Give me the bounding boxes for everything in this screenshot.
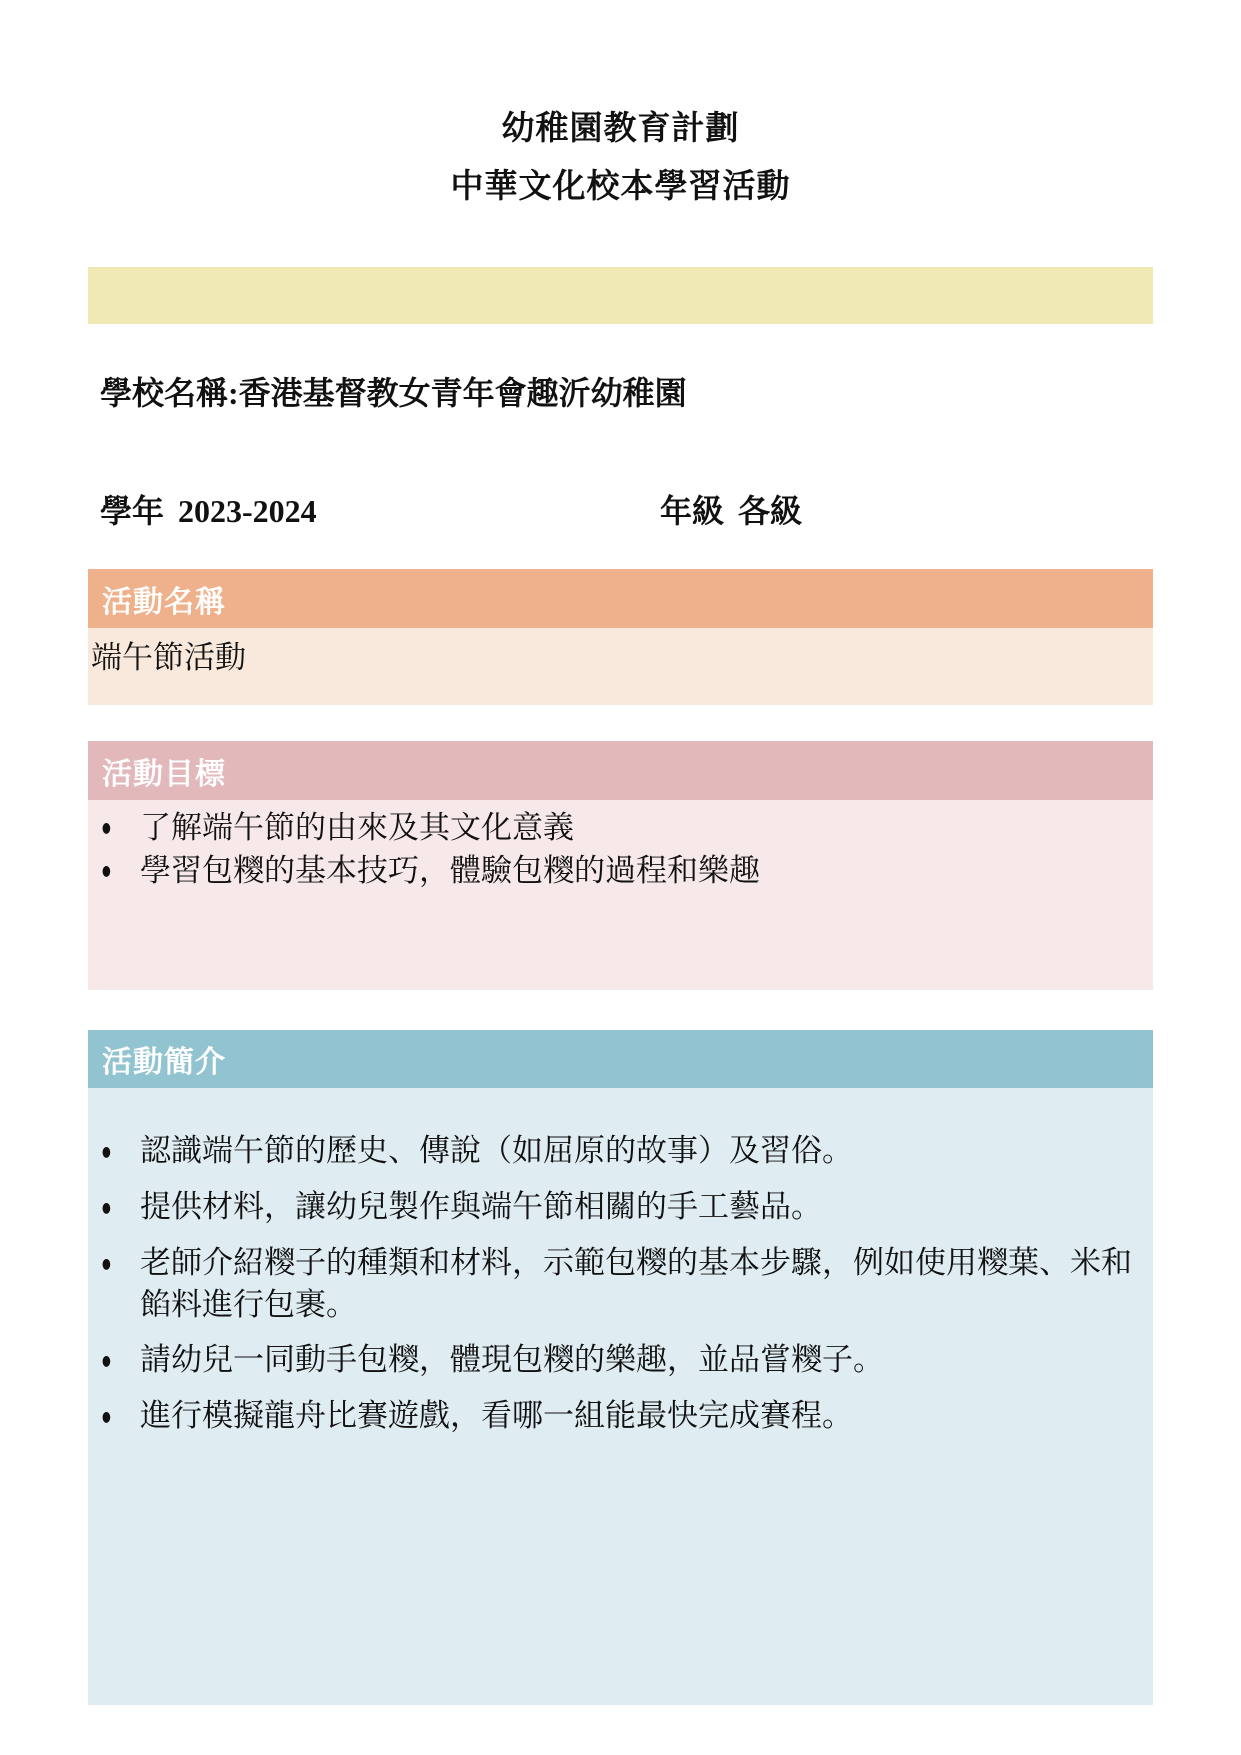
section-activity-intro: 活動簡介 ● 認識端午節的歷史、傳說（如屈原的故事）及習俗。 ● 提供材料，讓幼… <box>88 1030 1153 1705</box>
section-activity-name: 活動名稱 端午節活動 <box>88 569 1153 705</box>
school-name-value: 香港基督教女青年會趣沂幼稚園 <box>239 375 687 411</box>
section-activity-name-body: 端午節活動 <box>88 628 1153 705</box>
activity-name-value: 端午節活動 <box>91 640 246 675</box>
school-year-value: 2023-2024 <box>178 493 317 529</box>
section-activity-name-title: 活動名稱 <box>102 577 226 621</box>
yellow-banner <box>88 267 1153 324</box>
bullet-icon: ● <box>100 1395 140 1438</box>
section-activity-goals: 活動目標 ● 了解端午節的由來及其文化意義 ● 學習包糭的基本技巧，體驗包糭的過… <box>88 741 1153 990</box>
section-activity-goals-title: 活動目標 <box>102 749 226 793</box>
school-name-line: 學校名稱:香港基督教女青年會趣沂幼稚園 <box>100 368 687 414</box>
intro-item: ● 進行模擬龍舟比賽遊戲，看哪一組能最快完成賽程。 <box>88 1395 1153 1438</box>
section-activity-intro-header: 活動簡介 <box>88 1030 1153 1088</box>
school-year-label: 學年 <box>100 493 164 529</box>
intro-text: 提供材料，讓幼兒製作與端午節相關的手工藝品。 <box>140 1186 822 1228</box>
bullet-icon: ● <box>100 1242 140 1285</box>
intro-text: 進行模擬龍舟比賽遊戲，看哪一組能最快完成賽程。 <box>140 1395 853 1437</box>
goal-text: 學習包糭的基本技巧，體驗包糭的過程和樂趣 <box>140 849 760 892</box>
bullet-icon: ● <box>100 1339 140 1382</box>
section-activity-goals-header: 活動目標 <box>88 741 1153 800</box>
intro-text: 請幼兒一同動手包糭，體現包糭的樂趣，並品嘗糭子。 <box>140 1339 884 1381</box>
goal-text: 了解端午節的由來及其文化意義 <box>140 806 574 849</box>
intro-item: ● 老師介紹糭子的種類和材料，示範包糭的基本步驟，例如使用糭葉、米和餡料進行包裹… <box>88 1242 1153 1326</box>
bullet-icon: ● <box>100 1130 140 1173</box>
grade-field: 年級各級 <box>660 486 802 532</box>
school-year-field: 學年2023-2024 <box>100 486 317 532</box>
page-subtitle: 中華文化校本學習活動 <box>0 160 1241 207</box>
bullet-icon: ● <box>100 806 140 849</box>
intro-item: ● 提供材料，讓幼兒製作與端午節相關的手工藝品。 <box>88 1186 1153 1229</box>
goal-item: ● 了解端午節的由來及其文化意義 <box>88 806 1153 849</box>
intro-item: ● 認識端午節的歷史、傳說（如屈原的故事）及習俗。 <box>88 1130 1153 1173</box>
grade-value: 各級 <box>738 493 802 529</box>
page-title: 幼稚園教育計劃 <box>0 102 1241 149</box>
intro-item: ● 請幼兒一同動手包糭，體現包糭的樂趣，並品嘗糭子。 <box>88 1339 1153 1382</box>
grade-label: 年級 <box>660 493 724 529</box>
year-grade-row: 學年2023-2024 年級各級 <box>0 486 1241 530</box>
document-page: 幼稚園教育計劃 中華文化校本學習活動 學校名稱:香港基督教女青年會趣沂幼稚園 學… <box>0 0 1241 1755</box>
bullet-icon: ● <box>100 1186 140 1229</box>
school-name-label: 學校名稱: <box>100 375 239 411</box>
intro-text: 認識端午節的歷史、傳說（如屈原的故事）及習俗。 <box>140 1130 853 1172</box>
section-activity-intro-body: ● 認識端午節的歷史、傳說（如屈原的故事）及習俗。 ● 提供材料，讓幼兒製作與端… <box>88 1088 1153 1705</box>
goal-item: ● 學習包糭的基本技巧，體驗包糭的過程和樂趣 <box>88 849 1153 892</box>
section-activity-intro-title: 活動簡介 <box>102 1037 226 1081</box>
section-activity-name-header: 活動名稱 <box>88 569 1153 628</box>
section-activity-goals-body: ● 了解端午節的由來及其文化意義 ● 學習包糭的基本技巧，體驗包糭的過程和樂趣 <box>88 800 1153 990</box>
bullet-icon: ● <box>100 849 140 892</box>
intro-text: 老師介紹糭子的種類和材料，示範包糭的基本步驟，例如使用糭葉、米和餡料進行包裹。 <box>140 1242 1145 1326</box>
